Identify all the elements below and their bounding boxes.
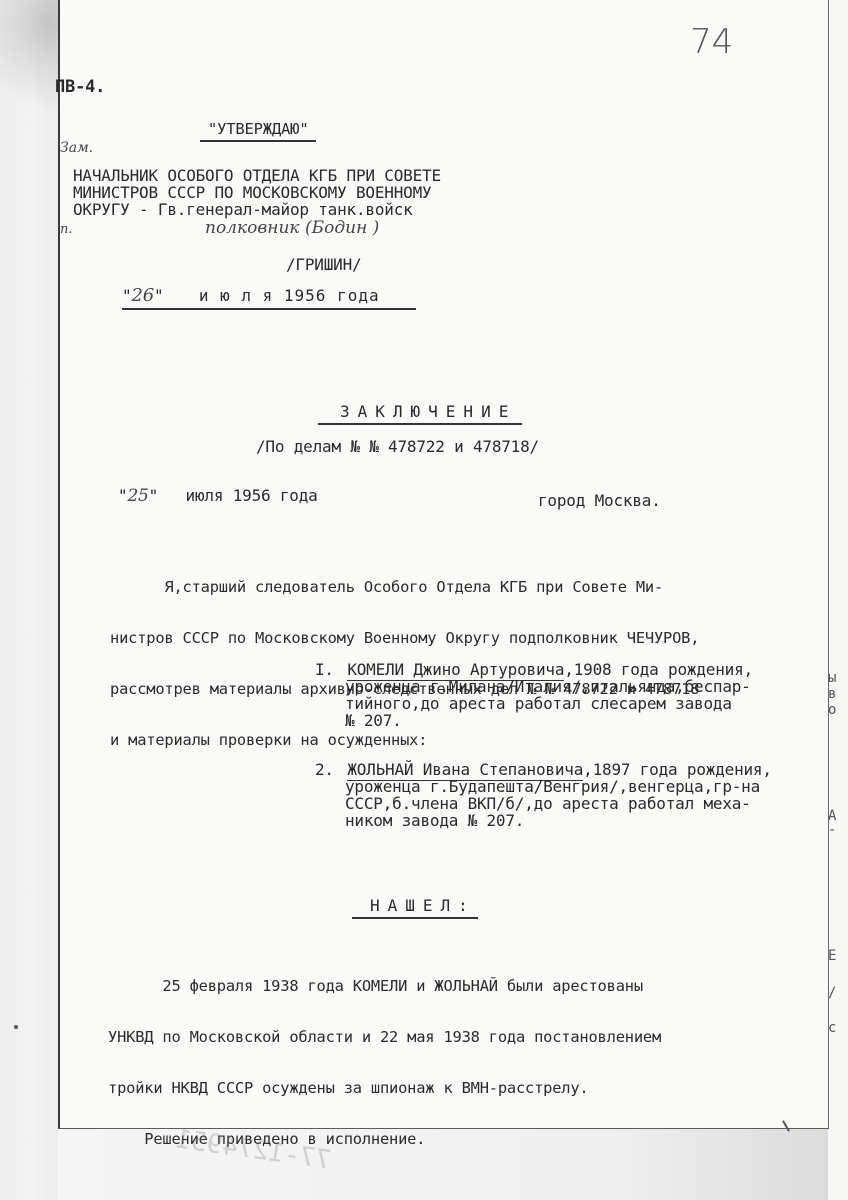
approval-date-rest: и ю л я 1956 года	[199, 286, 380, 305]
person-detail-line: ником завода № 207.	[315, 812, 772, 829]
intro-paragraph: Я,старший следователь Особого Отдела КГБ…	[110, 545, 699, 766]
found-line: УНКВД по Московской области и 22 мая 193…	[108, 1029, 661, 1046]
approval-date-day: 26	[131, 285, 154, 306]
edge-char: -	[828, 822, 836, 838]
person-detail-line: уроженца г.Будапешта/Венгрия/,венгерца,г…	[315, 778, 772, 795]
conclusion-date-day: 25	[127, 486, 148, 506]
found-title: НАШЕЛ:	[352, 897, 478, 919]
edge-char: Е	[828, 948, 836, 964]
found-line: тройки НКВД СССР осуждены за шпионаж к В…	[108, 1080, 661, 1097]
form-code: ПВ-4.	[55, 79, 105, 96]
person-detail-line: уроженца г.Милана/Италия/,итальянца,бесп…	[315, 678, 753, 695]
approval-heading-text: "УТВЕРЖДАЮ"	[200, 120, 316, 142]
edge-char: в	[828, 686, 836, 702]
scan-left-margin	[0, 0, 58, 1200]
margin-note-top: Зам.	[60, 140, 93, 156]
intro-line: Я,старший следователь Особого Отдела КГБ…	[110, 579, 699, 596]
person-detail-line: № 207.	[315, 712, 753, 729]
person-detail-line: СССР,б.члена ВКП/б/,до ареста работал ме…	[315, 795, 772, 812]
margin-note-bottom: п.	[60, 222, 73, 237]
approval-title-line: МИНИСТРОВ СССР ПО МОСКОВСКОМУ ВОЕННОМУ	[73, 184, 441, 201]
conclusion-date: "25" июля 1956 года	[118, 487, 318, 505]
scan-speck	[14, 1025, 18, 1029]
person-detail-line: тийного,до ареста работал слесарем завод…	[315, 695, 753, 712]
person-number: 2.	[315, 760, 334, 779]
approval-date: "26" и ю л я 1956 года	[122, 287, 416, 310]
person-entry: I. КОМЕЛИ Джино Артуровича,1908 года рож…	[315, 661, 753, 729]
intro-line: и материалы проверки на осужденных:	[110, 732, 699, 749]
person-number: I.	[315, 660, 334, 679]
approval-heading: "УТВЕРЖДАЮ"	[200, 121, 316, 138]
signatory: /ГРИШИН/	[286, 256, 361, 273]
conclusion-date-rest: июля 1956 года	[186, 486, 318, 505]
page-number: 74	[690, 22, 733, 62]
city: город Москва.	[538, 492, 661, 509]
edge-char: о	[828, 702, 836, 718]
found-line: 25 февраля 1938 года КОМЕЛИ и ЖОЛЬНАЙ бы…	[108, 978, 661, 995]
intro-line: нистров СССР по Московскому Военному Окр…	[110, 630, 699, 647]
approval-title-line: ОКРУГУ - Гв.генерал-майор танк.войск	[73, 201, 441, 218]
edge-char: с	[828, 1020, 836, 1036]
approval-title: НАЧАЛЬНИК ОСОБОГО ОТДЕЛА КГБ ПРИ СОВЕТЕ …	[73, 167, 441, 218]
handwritten-correction: полковник (Бодин )	[205, 218, 379, 238]
person-entry: 2. ЖОЛЬНАЙ Ивана Степановича,1897 года р…	[315, 761, 772, 829]
conclusion-title: ЗАКЛЮЧЕНИЕ	[318, 403, 522, 425]
edge-char: ы	[828, 670, 836, 686]
approval-title-line: НАЧАЛЬНИК ОСОБОГО ОТДЕЛА КГБ ПРИ СОВЕТЕ	[73, 167, 441, 184]
edge-char: /	[828, 985, 836, 1001]
conclusion-subtitle: /По делам № № 478722 и 478718/	[256, 438, 539, 455]
quote-close: "	[154, 286, 163, 305]
